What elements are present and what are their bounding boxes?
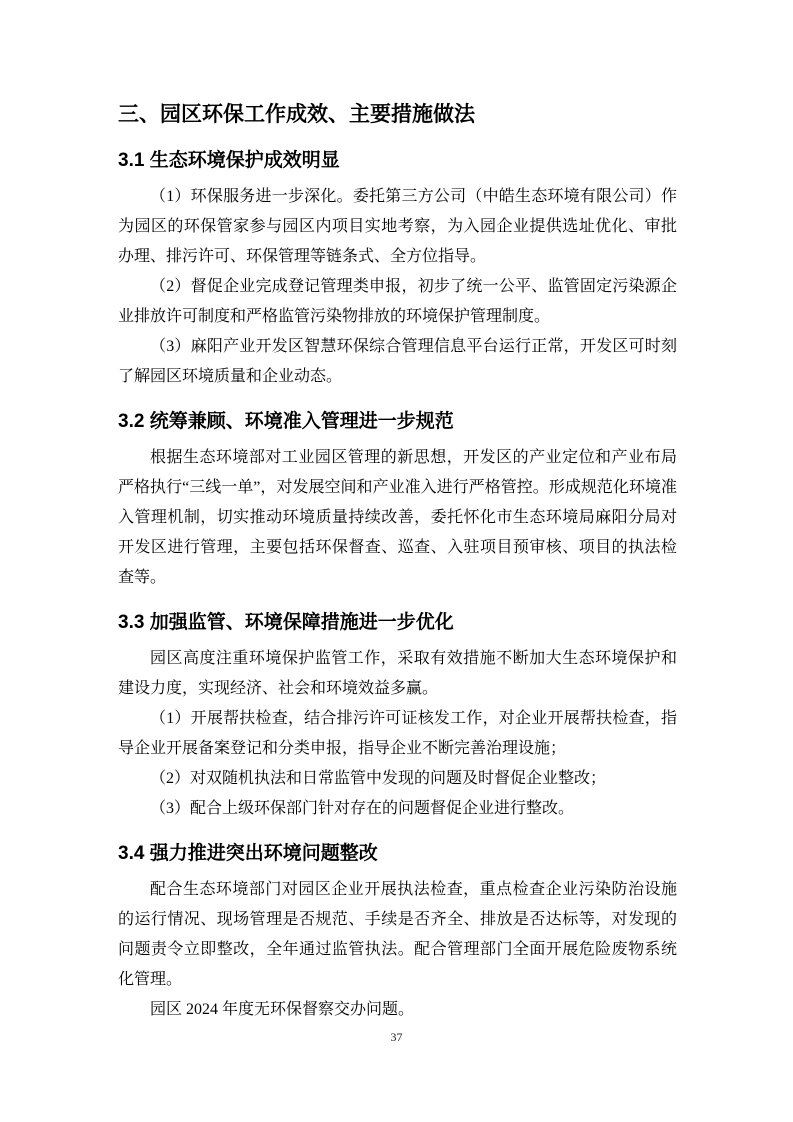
paragraph: （1）环保服务进一步深化。委托第三方公司（中皓生态环境有限公司）作为园区的环保管… — [118, 182, 677, 272]
section-3-2: 3.2 统筹兼顾、环境准入管理进一步规范 根据生态环境部对工业园区管理的新思想，… — [118, 405, 677, 593]
paragraph: 园区 2024 年度无环保督察交办问题。 — [118, 995, 677, 1025]
paragraph: （2）督促企业完成登记管理类申报，初步了统一公平、监管固定污染源企业排放许可制度… — [118, 272, 677, 332]
document-page: 三、园区环保工作成效、主要措施做法 3.1 生态环境保护成效明显 （1）环保服务… — [0, 0, 793, 1122]
page-number: 37 — [0, 1030, 793, 1045]
paragraph: 园区高度注重环境保护监管工作，采取有效措施不断加大生态环境保护和建设力度，实现经… — [118, 644, 677, 704]
page-title: 三、园区环保工作成效、主要措施做法 — [118, 99, 677, 131]
paragraph: 根据生态环境部对工业园区管理的新思想，开发区的产业定位和产业布局严格执行“三线一… — [118, 443, 677, 593]
section-3-4-heading: 3.4 强力推进突出环境问题整改 — [118, 837, 677, 870]
section-3-3: 3.3 加强监管、环境保障措施进一步优化 园区高度注重环境保护监管工作，采取有效… — [118, 606, 677, 824]
section-3-1: 3.1 生态环境保护成效明显 （1）环保服务进一步深化。委托第三方公司（中皓生态… — [118, 144, 677, 392]
section-3-2-heading: 3.2 统筹兼顾、环境准入管理进一步规范 — [118, 405, 677, 438]
paragraph: （3）麻阳产业开发区智慧环保综合管理信息平台运行正常，开发区可时刻了解园区环境质… — [118, 332, 677, 392]
paragraph: 配合生态环境部门对园区企业开展执法检查，重点检查企业污染防治设施的运行情况、现场… — [118, 875, 677, 995]
section-3-3-heading: 3.3 加强监管、环境保障措施进一步优化 — [118, 606, 677, 639]
paragraph: （2）对双随机执法和日常监管中发现的问题及时督促企业整改； — [118, 764, 677, 794]
section-3-1-heading: 3.1 生态环境保护成效明显 — [118, 144, 677, 177]
section-3-4: 3.4 强力推进突出环境问题整改 配合生态环境部门对园区企业开展执法检查，重点检… — [118, 837, 677, 1025]
page-content: 三、园区环保工作成效、主要措施做法 3.1 生态环境保护成效明显 （1）环保服务… — [118, 99, 677, 1025]
paragraph: （3）配合上级环保部门针对存在的问题督促企业进行整改。 — [118, 794, 677, 824]
paragraph: （1）开展帮扶检查，结合排污许可证核发工作，对企业开展帮扶检查，指导企业开展备案… — [118, 704, 677, 764]
